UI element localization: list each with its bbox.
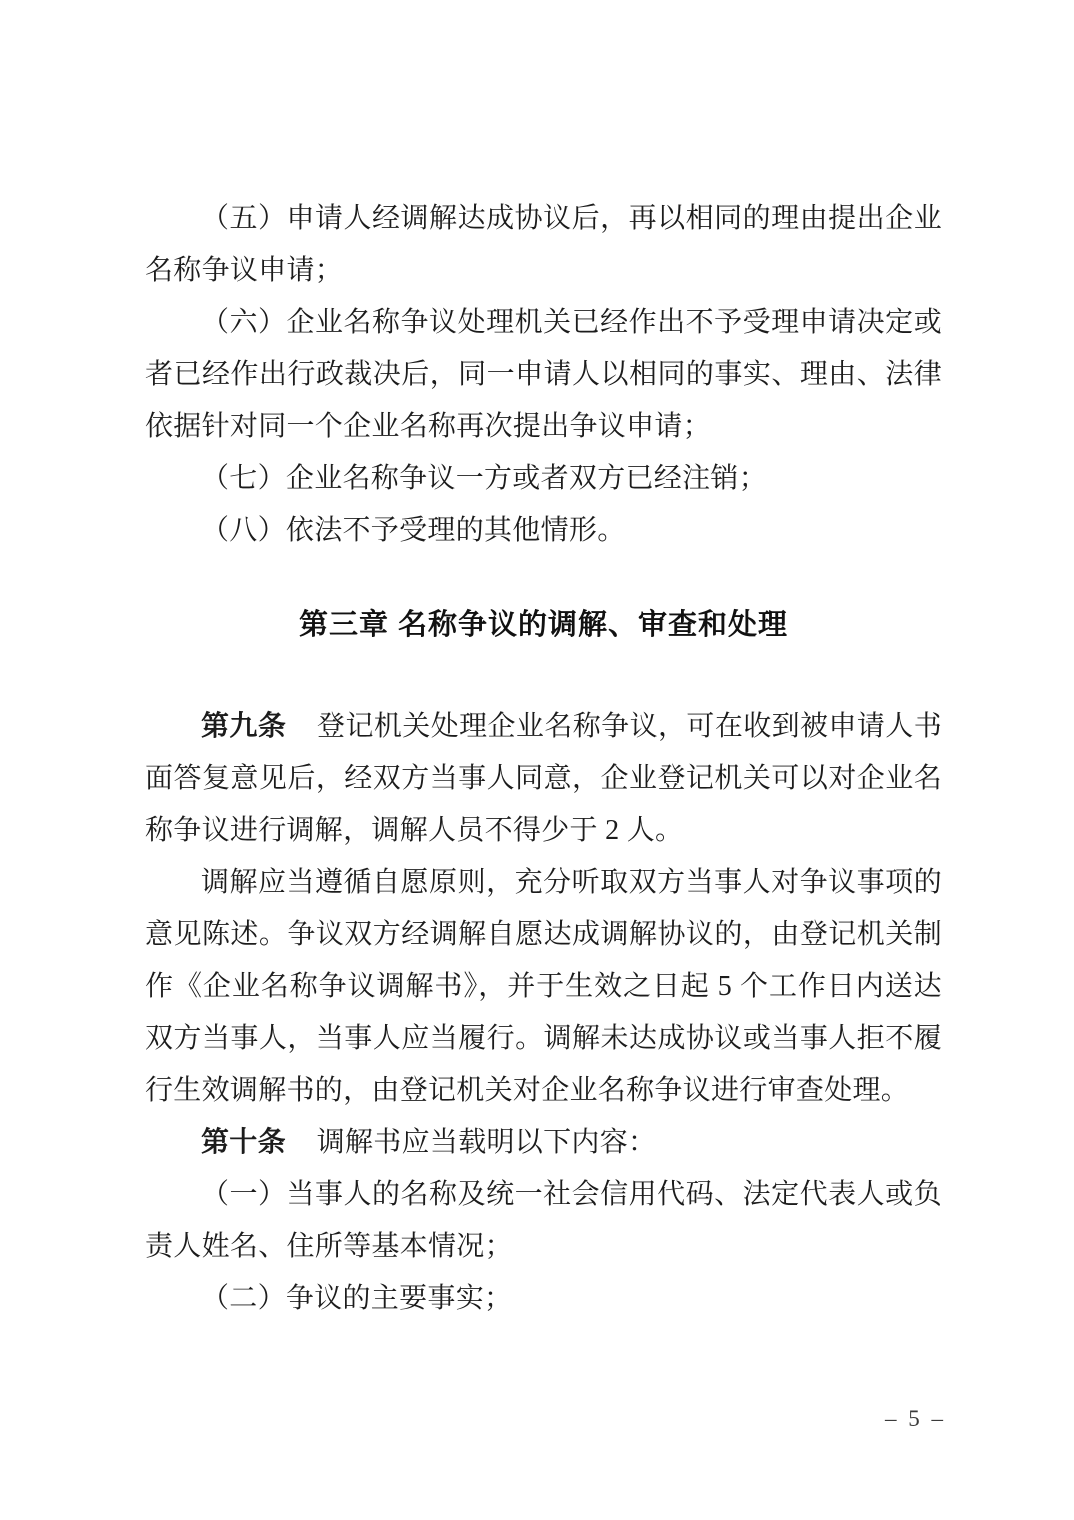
clause-item-2: （二）争议的主要事实； <box>145 1273 942 1325</box>
clause-item-6: （六）企业名称争议处理机关已经作出不予受理申请决定或者已经作出行政裁决后，同一申… <box>145 297 942 453</box>
article-10-number: 第十条 <box>201 1127 286 1158</box>
clause-item-7: （七）企业名称争议一方或者双方已经注销； <box>145 453 942 505</box>
chapter-heading: 第三章 名称争议的调解、审查和处理 <box>145 599 942 651</box>
clause-item-1: （一）当事人的名称及统一社会信用代码、法定代表人或负责人姓名、住所等基本情况； <box>145 1169 942 1273</box>
article-10-text: 调解书应当载明以下内容： <box>317 1127 657 1158</box>
article-9-number: 第九条 <box>201 711 286 742</box>
clause-item-8: （八）依法不予受理的其他情形。 <box>145 505 942 557</box>
page-number: – 5 – <box>885 1406 946 1432</box>
document-page: （五）申请人经调解达成协议后，再以相同的理由提出企业名称争议申请； （六）企业名… <box>0 0 1074 1520</box>
clause-item-5: （五）申请人经调解达成协议后，再以相同的理由提出企业名称争议申请； <box>145 193 942 297</box>
article-9-continuation: 调解应当遵循自愿原则，充分听取双方当事人对争议事项的意见陈述。争议双方经调解自愿… <box>145 857 942 1117</box>
article-9: 第九条登记机关处理企业名称争议，可在收到被申请人书面答复意见后，经双方当事人同意… <box>145 701 942 857</box>
article-10: 第十条调解书应当载明以下内容： <box>145 1117 942 1169</box>
document-body: （五）申请人经调解达成协议后，再以相同的理由提出企业名称争议申请； （六）企业名… <box>145 193 942 1325</box>
